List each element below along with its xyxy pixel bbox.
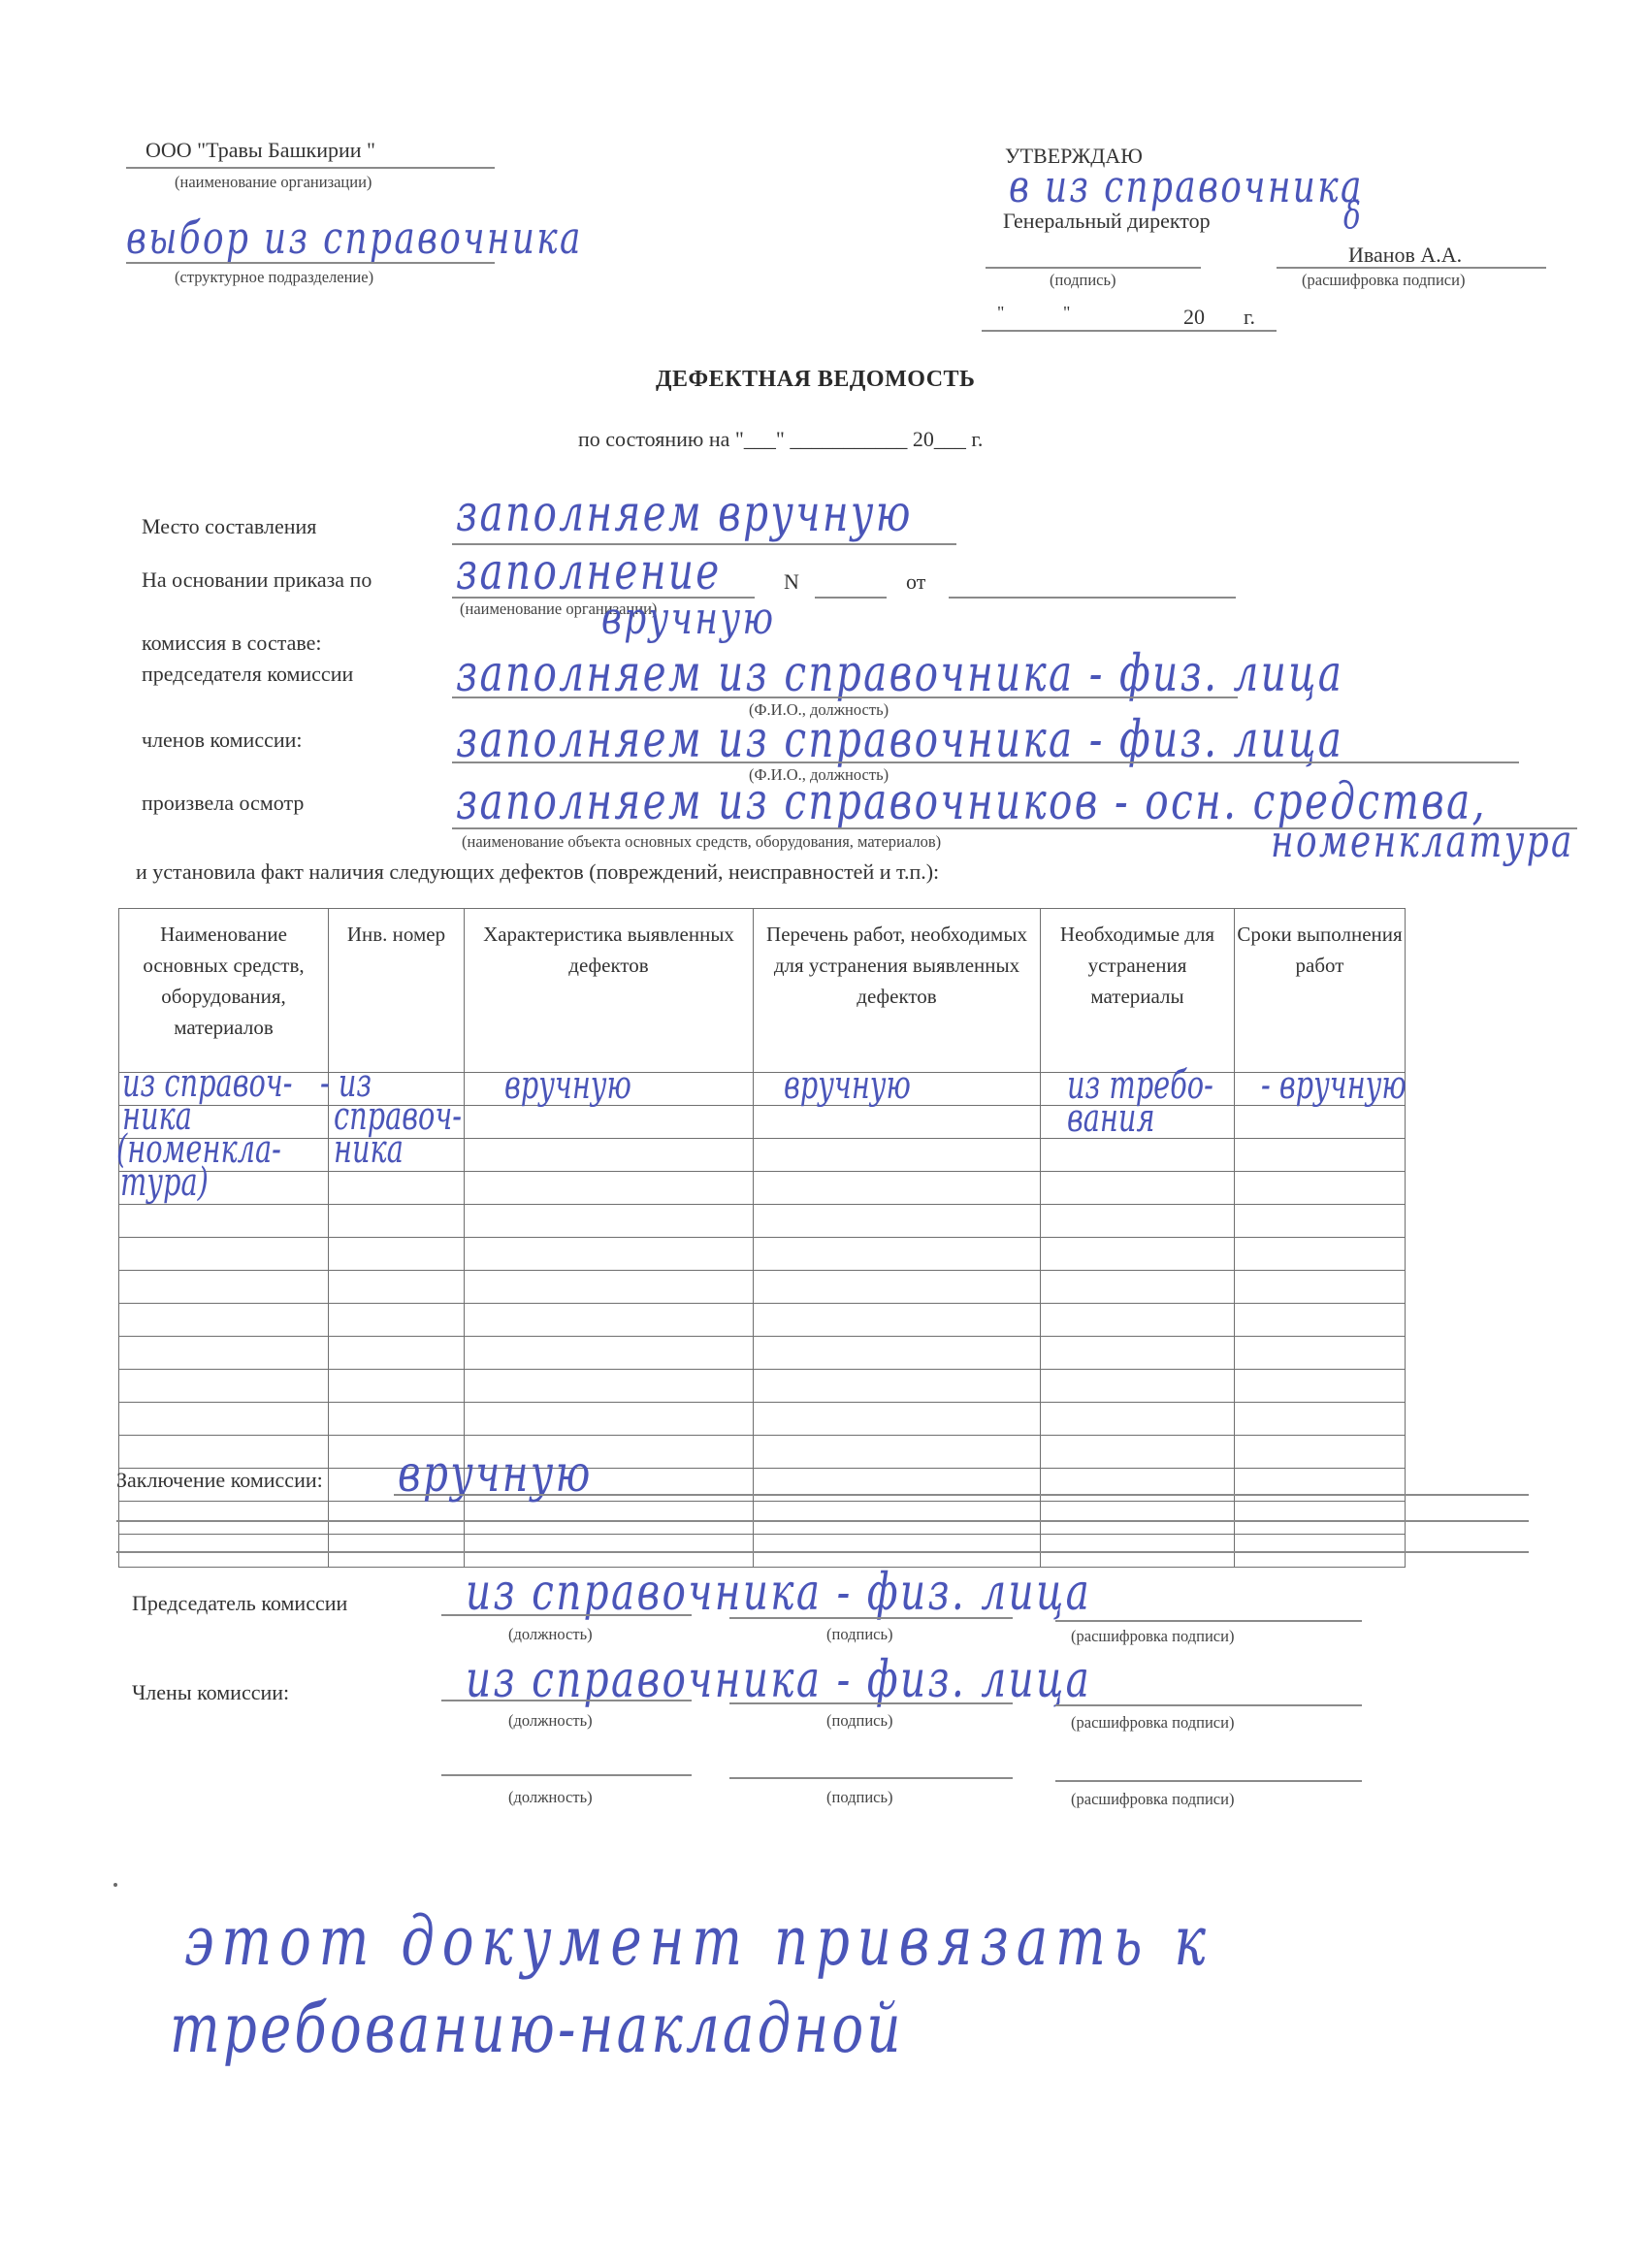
table-cell[interactable] <box>754 1403 1041 1436</box>
table-cell[interactable] <box>1235 1271 1406 1304</box>
table-cell[interactable] <box>1235 1106 1406 1139</box>
table-cell[interactable] <box>465 1502 754 1535</box>
table-row <box>119 1205 1406 1238</box>
table-cell[interactable] <box>465 1271 754 1304</box>
department-caption: (структурное подразделение) <box>175 268 373 287</box>
department-underline <box>126 262 495 264</box>
table-cell[interactable] <box>119 1502 329 1535</box>
table-cell[interactable] <box>754 1502 1041 1535</box>
table-cell[interactable] <box>119 1238 329 1271</box>
column-header-materials: Необходимые для устранения материалы <box>1041 909 1235 1073</box>
table-row <box>119 1139 1406 1172</box>
director-decode-line <box>1277 267 1546 269</box>
table-cell[interactable] <box>754 1172 1041 1205</box>
order-number-label: N <box>784 569 799 595</box>
row-materials-line2[interactable]: вания <box>1067 1100 1155 1137</box>
order-number-line[interactable] <box>815 597 887 599</box>
table-row <box>119 1238 1406 1271</box>
chairman-signature-line[interactable] <box>729 1617 1013 1619</box>
table-cell[interactable] <box>1041 1436 1235 1469</box>
table-cell[interactable] <box>1235 1370 1406 1403</box>
table-cell[interactable] <box>1235 1205 1406 1238</box>
table-cell[interactable] <box>1041 1403 1235 1436</box>
approval-date-line[interactable] <box>982 330 1277 332</box>
members-sign-label: Члены комиссии: <box>132 1680 289 1705</box>
table-cell[interactable] <box>329 1238 465 1271</box>
table-cell[interactable] <box>465 1304 754 1337</box>
row-name-line4[interactable]: тура) <box>120 1164 209 1201</box>
member2-position-line[interactable] <box>441 1774 692 1776</box>
chairman-underline <box>452 697 1238 698</box>
order-date-line[interactable] <box>949 597 1236 599</box>
table-cell[interactable] <box>1235 1502 1406 1535</box>
table-cell[interactable] <box>1235 1172 1406 1205</box>
members-decode-caption: (расшифровка подписи) <box>1071 1713 1234 1733</box>
table-cell[interactable] <box>119 1403 329 1436</box>
table-cell[interactable] <box>465 1139 754 1172</box>
table-cell[interactable] <box>465 1403 754 1436</box>
table-cell[interactable] <box>329 1370 465 1403</box>
member2-position-caption: (должность) <box>508 1788 593 1807</box>
table-cell[interactable] <box>1235 1436 1406 1469</box>
inspected-caption: (наименование объекта основных средств, … <box>462 832 941 852</box>
table-cell[interactable] <box>119 1370 329 1403</box>
table-cell[interactable] <box>329 1502 465 1535</box>
table-row <box>119 1436 1406 1469</box>
row-inv-line3[interactable]: ника <box>334 1131 404 1168</box>
note-line-1: этот документ привязать к <box>184 1901 1213 1981</box>
order-date-label: от <box>906 569 925 595</box>
date-quote-open: " <box>997 303 1004 323</box>
director-title: Генеральный директор <box>1003 209 1211 234</box>
members-decode-line[interactable] <box>1055 1704 1362 1706</box>
table-cell[interactable] <box>119 1436 329 1469</box>
table-cell[interactable] <box>329 1172 465 1205</box>
table-cell[interactable] <box>754 1205 1041 1238</box>
table-cell[interactable] <box>119 1205 329 1238</box>
place-value[interactable]: заполняем вручную <box>456 485 913 543</box>
member2-signature-caption: (подпись) <box>826 1788 893 1807</box>
chairman-position-caption: (должность) <box>508 1625 593 1644</box>
table-row <box>119 1403 1406 1436</box>
table-cell[interactable] <box>754 1304 1041 1337</box>
date-year: 20 <box>1183 305 1205 330</box>
table-cell[interactable] <box>329 1337 465 1370</box>
table-header-row: Наименование основных средств, оборудова… <box>119 909 1406 1073</box>
table-cell[interactable] <box>754 1370 1041 1403</box>
members-label: членов комиссии: <box>142 728 303 753</box>
table-cell[interactable] <box>465 1337 754 1370</box>
table-row <box>119 1271 1406 1304</box>
place-label: Место составления <box>142 514 316 539</box>
director-decode-caption: (расшифровка подписи) <box>1302 271 1465 290</box>
members-underline <box>452 761 1519 763</box>
table-cell[interactable] <box>1041 1271 1235 1304</box>
row-deadline[interactable]: - вручную <box>1261 1067 1406 1104</box>
chairman-position-line[interactable] <box>441 1614 692 1616</box>
table-cell[interactable] <box>329 1205 465 1238</box>
table-cell[interactable] <box>754 1337 1041 1370</box>
table-cell[interactable] <box>329 1304 465 1337</box>
table-row <box>119 1337 1406 1370</box>
table-cell[interactable] <box>1235 1238 1406 1271</box>
table-cell[interactable] <box>1235 1139 1406 1172</box>
document-title: ДЕФЕКТНАЯ ВЕДОМОСТЬ <box>656 367 975 393</box>
table-cell[interactable] <box>1041 1370 1235 1403</box>
table-cell[interactable] <box>754 1469 1041 1502</box>
table-cell[interactable] <box>1235 1403 1406 1436</box>
member2-decode-caption: (расшифровка подписи) <box>1071 1790 1234 1809</box>
organization-caption: (наименование организации) <box>175 173 372 192</box>
department-handwritten[interactable]: выбор из справочника <box>126 211 583 264</box>
commission-label: комиссия в составе: <box>142 631 322 656</box>
chairman-label: председателя комиссии <box>142 662 353 687</box>
chairman-sign-label: Председатель комиссии <box>132 1591 347 1616</box>
table-row <box>119 1370 1406 1403</box>
organization-name: ООО "Травы Башкирии " <box>145 138 375 163</box>
table-cell[interactable] <box>329 1271 465 1304</box>
date-quote-close: " <box>1063 303 1070 323</box>
table-cell[interactable] <box>1041 1337 1235 1370</box>
table-cell[interactable] <box>754 1436 1041 1469</box>
table-cell[interactable] <box>1041 1139 1235 1172</box>
table-cell[interactable] <box>465 1238 754 1271</box>
table-row <box>119 1304 1406 1337</box>
conclusion-line-2[interactable] <box>116 1520 1529 1522</box>
table-row <box>119 1502 1406 1535</box>
table-cell[interactable] <box>1041 1502 1235 1535</box>
column-header-defects: Характеристика выявленных дефектов <box>465 909 754 1073</box>
table-cell[interactable] <box>465 1205 754 1238</box>
note-line-2: требованию-накладной <box>170 1989 904 2068</box>
chairman-decode-caption: (расшифровка подписи) <box>1071 1627 1234 1646</box>
as-of-date: по состоянию на "___" ___________ 20___ … <box>578 427 983 452</box>
table-cell[interactable] <box>754 1271 1041 1304</box>
table-cell[interactable] <box>754 1238 1041 1271</box>
chairman-decode-line[interactable] <box>1055 1620 1362 1622</box>
members-value[interactable]: заполняем из справочника - физ. лица <box>456 711 1343 769</box>
stray-dot <box>113 1883 117 1887</box>
table-cell[interactable] <box>1041 1238 1235 1271</box>
signature-scribble: δ <box>1343 194 1363 237</box>
inspected-underline <box>452 827 1577 829</box>
chairman-sign-value[interactable]: из справочника - физ. лица <box>466 1564 1091 1622</box>
table-cell[interactable] <box>1041 1205 1235 1238</box>
table-cell[interactable] <box>1041 1304 1235 1337</box>
table-cell[interactable] <box>119 1337 329 1370</box>
date-suffix: г. <box>1244 305 1255 330</box>
chairman-value[interactable]: заполняем из справочника - физ. лица <box>456 645 1343 703</box>
table-cell[interactable] <box>754 1139 1041 1172</box>
row-works[interactable]: вручную <box>784 1067 911 1104</box>
director-signature-line[interactable] <box>986 267 1201 269</box>
column-header-works: Перечень работ, необходимых для устранен… <box>754 909 1041 1073</box>
table-cell[interactable] <box>754 1106 1041 1139</box>
table-row <box>119 1106 1406 1139</box>
defects-intro: и установила факт наличия следующих дефе… <box>136 859 939 885</box>
approve-handwritten[interactable]: в из справочника <box>1009 160 1364 212</box>
table-cell[interactable] <box>465 1370 754 1403</box>
conclusion-label: Заключение комиссии: <box>116 1468 323 1493</box>
table-cell[interactable] <box>1041 1172 1235 1205</box>
table-cell[interactable] <box>1235 1304 1406 1337</box>
organization-underline <box>126 167 495 169</box>
table-cell[interactable] <box>329 1403 465 1436</box>
row-defects[interactable]: вручную <box>504 1067 631 1104</box>
column-header-inv-number: Инв. номер <box>329 909 465 1073</box>
members-position-caption: (должность) <box>508 1711 593 1731</box>
director-name: Иванов А.А. <box>1348 243 1462 268</box>
members-signature-line[interactable] <box>729 1702 1013 1704</box>
chairman-signature-caption: (подпись) <box>826 1625 893 1644</box>
table-cell[interactable] <box>119 1271 329 1304</box>
table-cell[interactable] <box>1235 1469 1406 1502</box>
conclusion-line-3[interactable] <box>116 1551 1529 1553</box>
table-row <box>119 1172 1406 1205</box>
order-value-continued[interactable]: вручную <box>601 592 775 644</box>
member2-signature-line[interactable] <box>729 1777 1013 1779</box>
column-header-deadline: Сроки выполнения работ <box>1235 909 1406 1073</box>
table-cell[interactable] <box>1235 1337 1406 1370</box>
table-cell[interactable] <box>1041 1469 1235 1502</box>
member2-decode-line[interactable] <box>1055 1780 1362 1782</box>
members-signature-caption: (подпись) <box>826 1711 893 1731</box>
order-label: На основании приказа по <box>142 567 372 593</box>
table-cell[interactable] <box>465 1172 754 1205</box>
inspected-label: произвела осмотр <box>142 791 304 816</box>
director-signature-caption: (подпись) <box>1050 271 1116 290</box>
table-cell[interactable] <box>465 1106 754 1139</box>
conclusion-line-1[interactable] <box>394 1494 1529 1496</box>
inspected-value-continued[interactable]: номенклатура <box>1271 815 1574 867</box>
table-cell[interactable] <box>119 1304 329 1337</box>
members-position-line[interactable] <box>441 1700 692 1701</box>
column-header-name: Наименование основных средств, оборудова… <box>119 909 329 1073</box>
